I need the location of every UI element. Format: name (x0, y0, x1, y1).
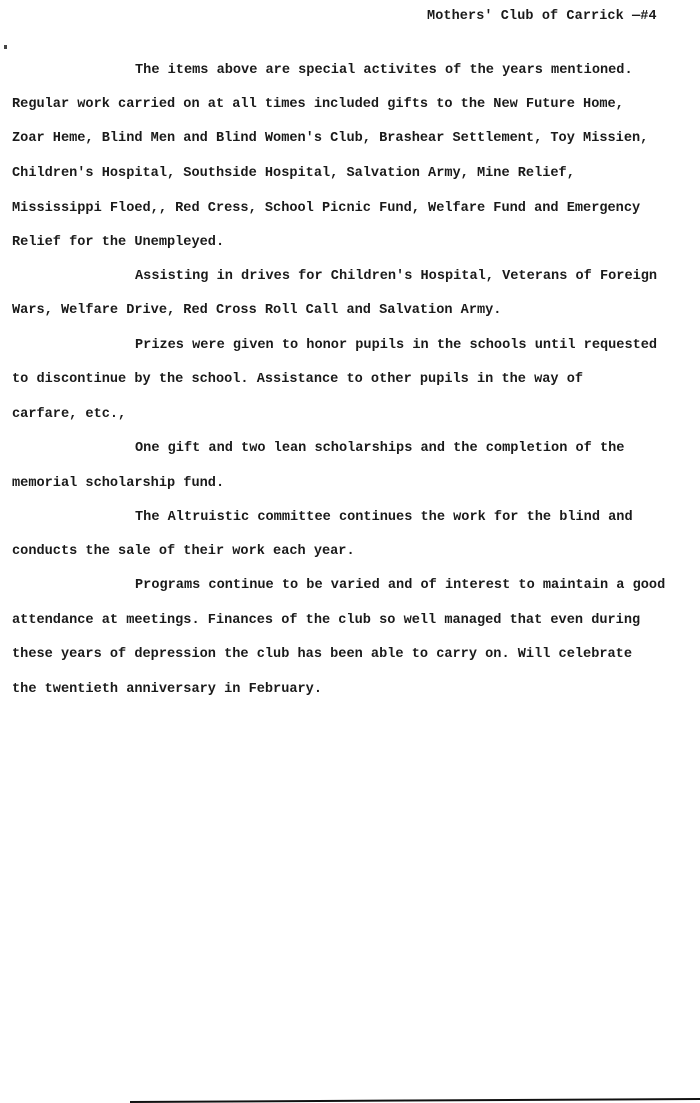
text-line: Children's Hospital, Southside Hospital,… (12, 166, 575, 182)
text-line: Mississippi Floed,, Red Cress, School Pi… (12, 201, 640, 217)
text-line: Zoar Heme, Blind Men and Blind Women's C… (12, 131, 648, 147)
text-line: Relief for the Unempleyed. (12, 235, 224, 251)
page-edge-rule (130, 1098, 700, 1103)
text-line: Regular work carried on at all times inc… (12, 97, 624, 113)
text-line: Programs continue to be varied and of in… (135, 578, 665, 594)
page-number-mark: —#4 (632, 9, 657, 24)
text-line: Assisting in drives for Children's Hospi… (135, 269, 657, 285)
scan-speck (4, 45, 7, 49)
text-line: to discontinue by the school. Assistance… (12, 372, 583, 388)
text-line: these years of depression the club has b… (12, 647, 632, 663)
text-line: Prizes were given to honor pupils in the… (135, 338, 657, 354)
text-line: The Altruistic committee continues the w… (135, 510, 633, 526)
text-line: memorial scholarship fund. (12, 476, 224, 492)
header-title: Mothers' Club of Carrick (427, 9, 624, 24)
text-line: The items above are special activites of… (135, 63, 633, 79)
text-line: the twentieth anniversary in February. (12, 682, 322, 698)
text-line: Wars, Welfare Drive, Red Cross Roll Call… (12, 303, 501, 319)
text-line: carfare, etc., (12, 407, 126, 423)
text-line: One gift and two lean scholarships and t… (135, 441, 624, 457)
text-line: attendance at meetings. Finances of the … (12, 613, 640, 629)
document-page: Mothers' Club of Carrick —#4 The items a… (0, 0, 700, 1103)
text-line: conducts the sale of their work each yea… (12, 544, 355, 560)
page-header: Mothers' Club of Carrick —#4 (427, 9, 657, 24)
